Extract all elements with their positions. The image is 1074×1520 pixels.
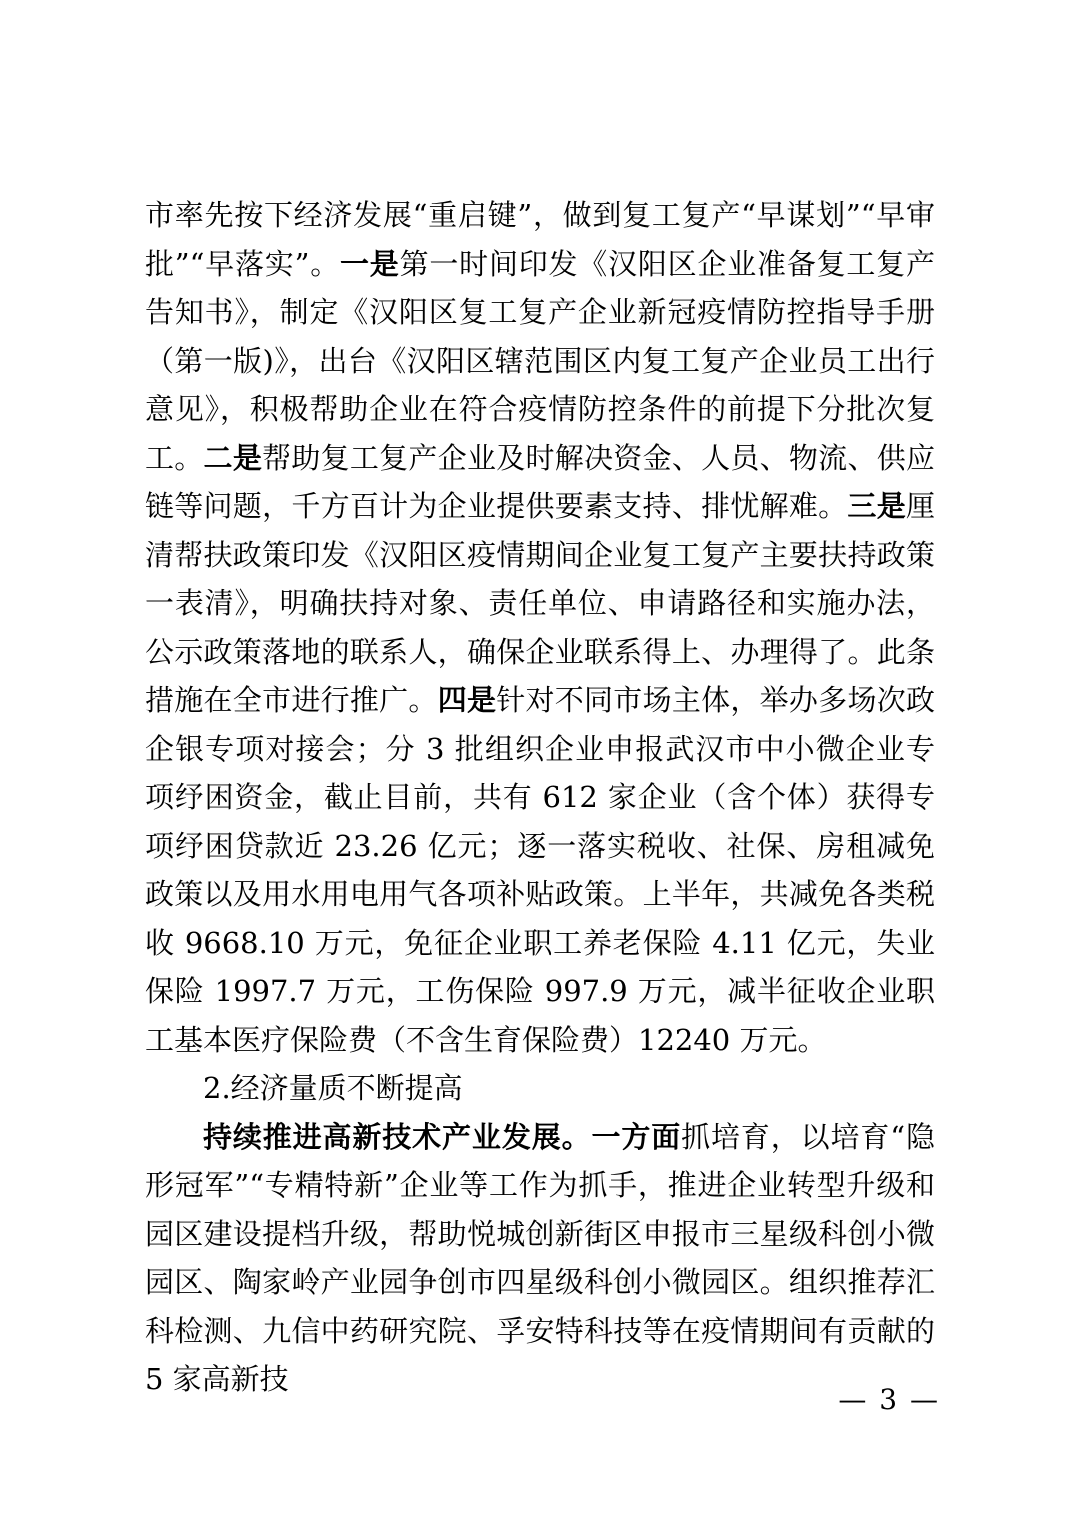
text-segment: 针对不同市场主体，举办多场次政企银专项对接会；分 3 批组织企业申报武汉市中小微… <box>145 683 935 1057</box>
bold-emphasis-fourth: 四是 <box>438 683 497 717</box>
bold-lead-sentence: 持续推进高新技术产业发展。一方面 <box>203 1120 681 1154</box>
page-number: — 3 — <box>838 1380 940 1420</box>
text-segment: 抓培育，以培育“隐形冠军”“专精特新”企业等工作为抓手，推进企业转型升级和园区建… <box>145 1120 935 1397</box>
section-heading-text: 2.经济量质不断提高 <box>203 1071 463 1105</box>
section-heading: 2.经济量质不断提高 <box>145 1064 935 1113</box>
body-text: 市率先按下经济发展“重启键”，做到复工复产“早谋划”“早审批”“早落实”。一是第… <box>145 191 935 1404</box>
bold-emphasis-third: 三是 <box>847 489 906 523</box>
text-segment: 帮助复工复产企业及时解决资金、人员、物流、供应链等问题，千方百计为企业提供要素支… <box>145 441 935 524</box>
bold-emphasis-second: 二是 <box>204 441 263 475</box>
paragraph: 持续推进高新技术产业发展。一方面抓培育，以培育“隐形冠军”“专精特新”企业等工作… <box>145 1113 935 1404</box>
paragraph-continuation: 市率先按下经济发展“重启键”，做到复工复产“早谋划”“早审批”“早落实”。一是第… <box>145 191 935 1064</box>
bold-emphasis-first: 一是 <box>340 247 400 281</box>
document-page: 市率先按下经济发展“重启键”，做到复工复产“早谋划”“早审批”“早落实”。一是第… <box>0 0 1074 1520</box>
